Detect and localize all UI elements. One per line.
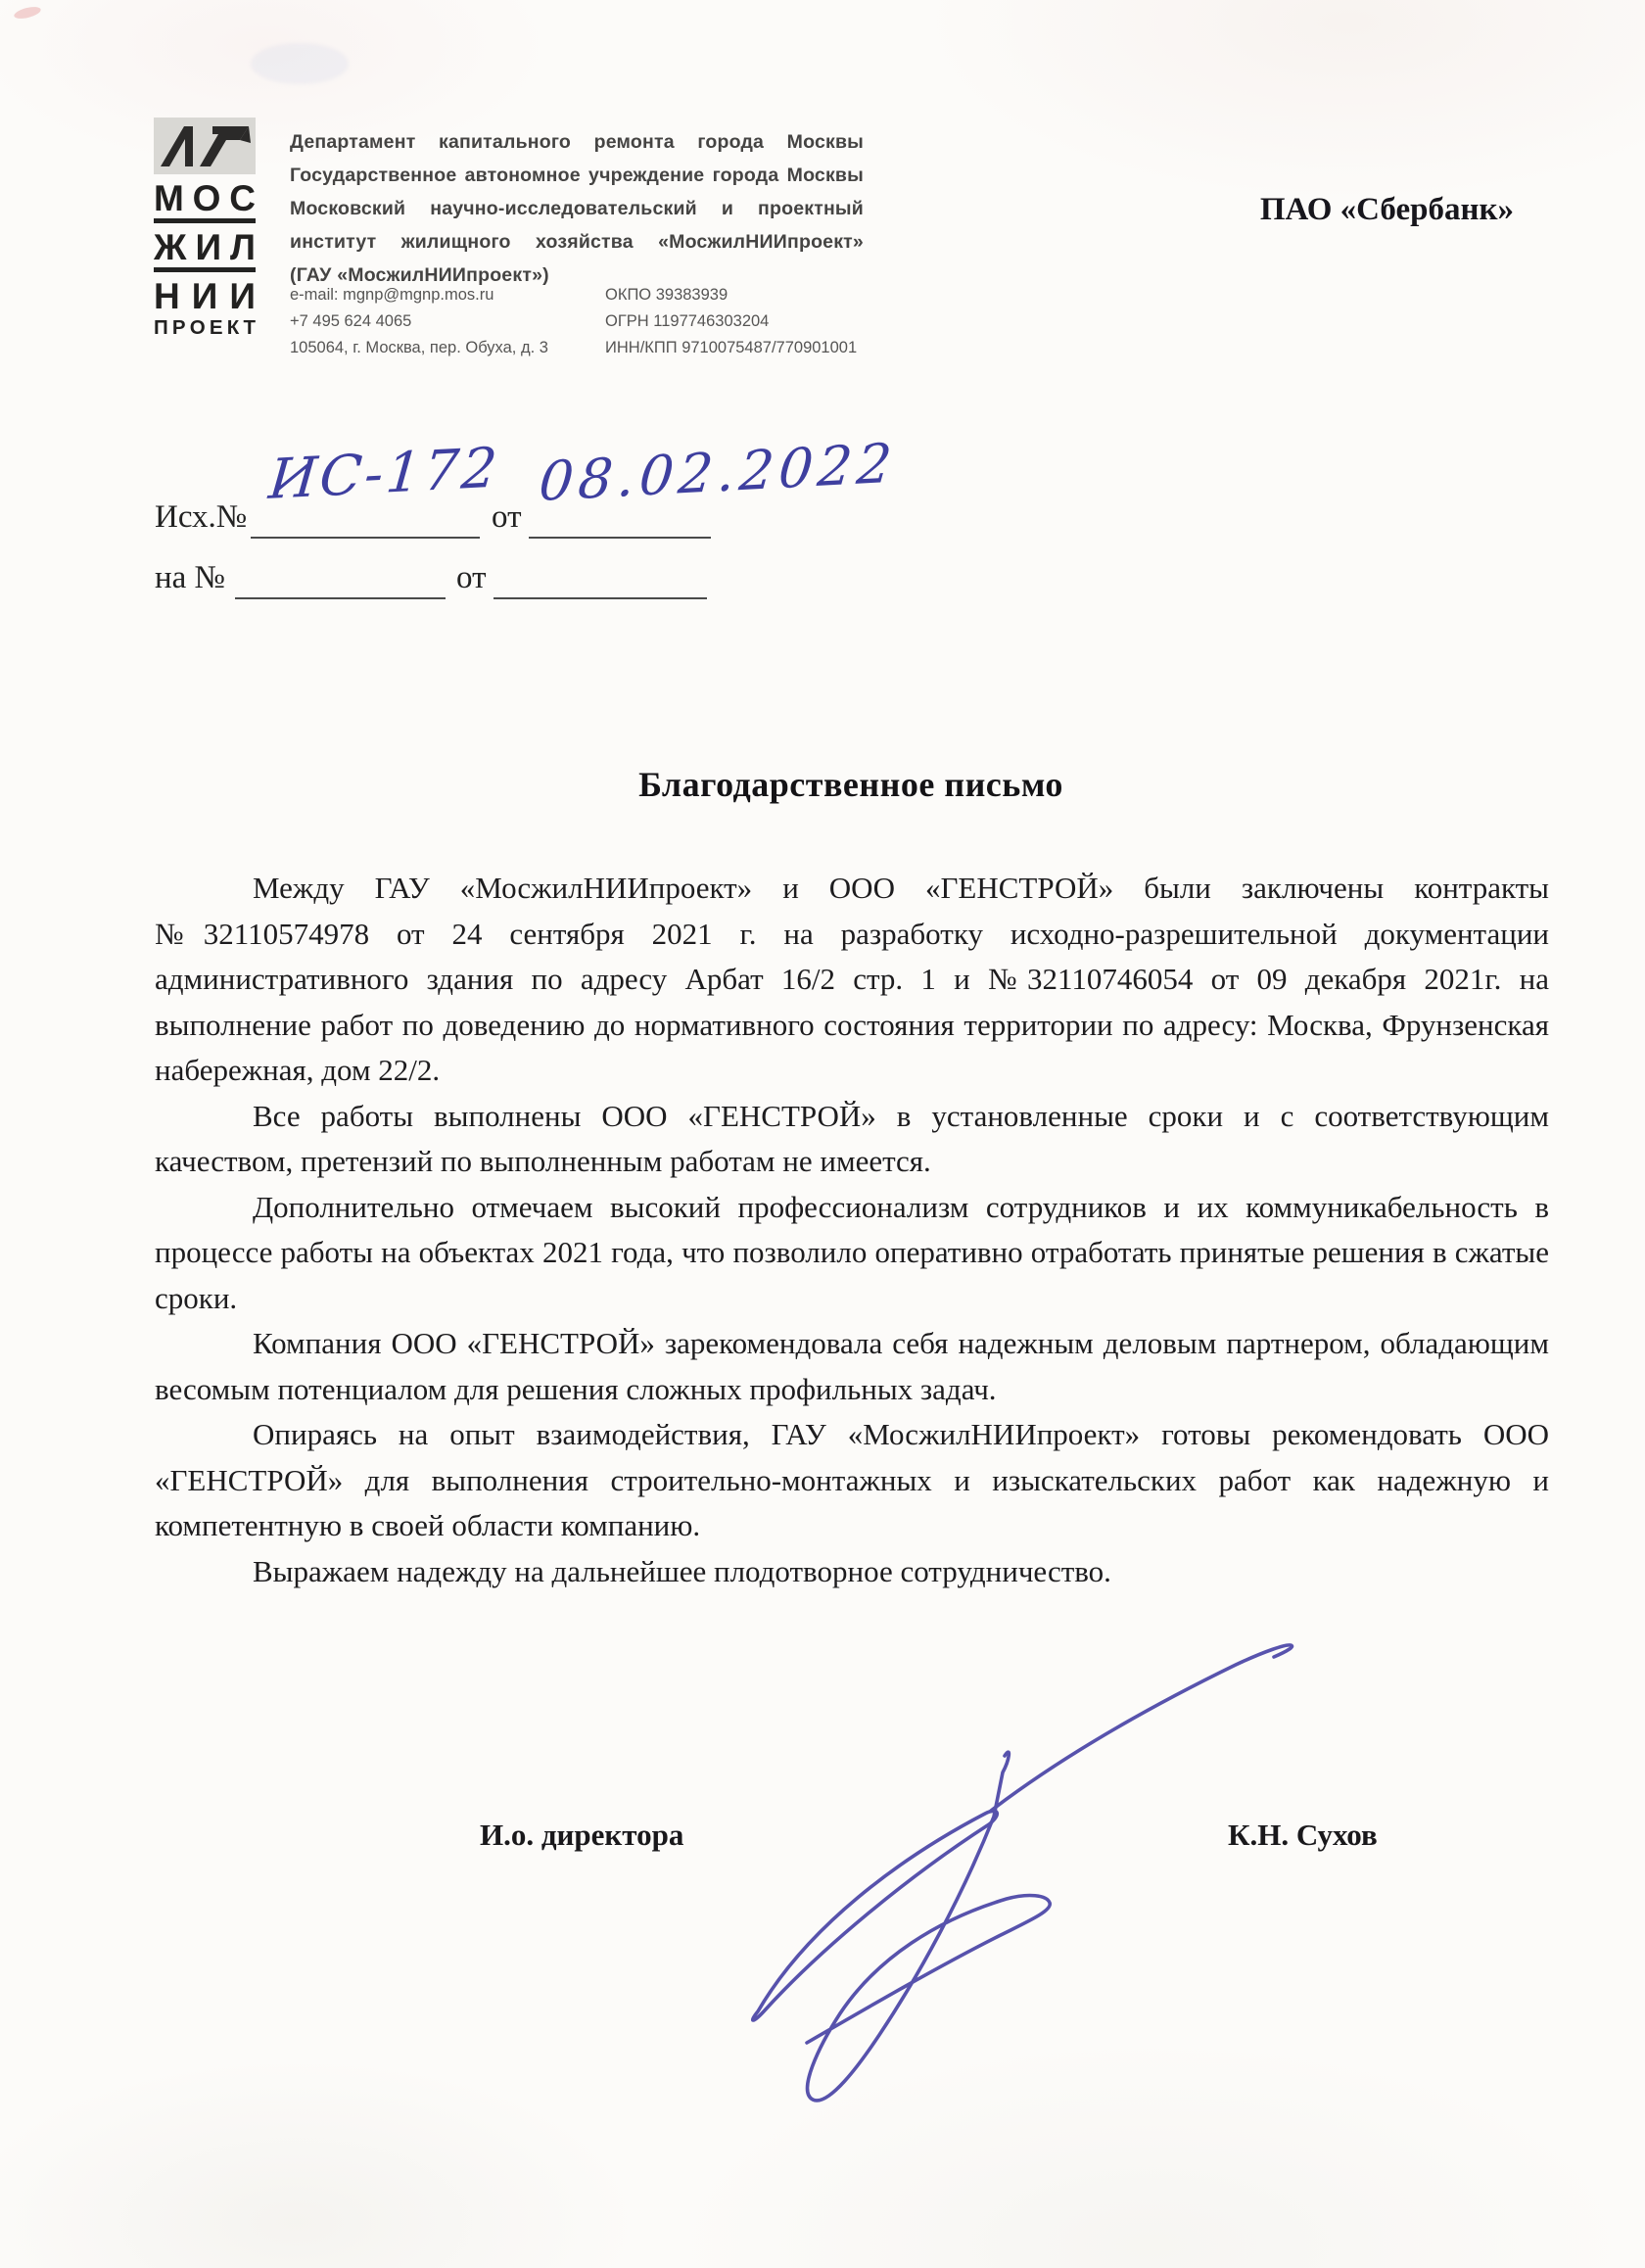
mosjilniiproekt-mark-icon <box>154 118 256 174</box>
paragraph: Компания ООО «ГЕНСТРОЙ» зарекомендовала … <box>155 1321 1549 1412</box>
logo-line-proekt: ПРОЕКТ <box>154 318 256 339</box>
org-line: ДепартаменткапитальногоремонтагородаМоск… <box>290 125 864 159</box>
incoming-date-label: от <box>456 560 487 596</box>
signature-autograph-icon <box>685 1616 1332 2115</box>
signatory-position: И.о. директора <box>480 1818 683 1853</box>
paragraph: Между ГАУ «МосжилНИИпроект» и ООО «ГЕНСТ… <box>155 866 1549 1094</box>
org-name-block: ДепартаменткапитальногоремонтагородаМоск… <box>290 125 864 292</box>
contacts-block: e-mail: mgnp@mgnp.mos.ru +7 495 624 4065… <box>290 282 613 361</box>
org-line: Московскийнаучно-исследовательскийипроек… <box>290 192 864 225</box>
outgoing-number-handwritten: ИС-172 <box>266 436 502 512</box>
outgoing-number-label: Исх.№ <box>155 499 247 536</box>
logo-line-mos: МОС <box>154 180 256 213</box>
paragraph: Все работы выполнены ООО «ГЕНСТРОЙ» в ус… <box>155 1094 1549 1185</box>
letter-body: Между ГАУ «МосжилНИИпроект» и ООО «ГЕНСТ… <box>155 866 1549 1594</box>
paragraph: Выражаем надежду на дальнейшее плодотвор… <box>155 1549 1549 1595</box>
outgoing-date-label: от <box>492 499 522 536</box>
ogrn-code: ОГРН 1197746303204 <box>605 308 899 335</box>
paragraph: Опираясь на опыт взаимодействия, ГАУ «Мо… <box>155 1412 1549 1549</box>
contact-address: 105064, г. Москва, пер. Обуха, д. 3 <box>290 335 613 361</box>
incoming-number-line <box>235 597 446 599</box>
scanned-letter-page: { "page": { "paper_color": "#fcfbf9", "t… <box>0 0 1645 2268</box>
incoming-date-line <box>493 597 707 599</box>
logo: МОС ЖИЛ НИИ ПРОЕКТ <box>154 118 256 339</box>
contact-email: e-mail: mgnp@mgnp.mos.ru <box>290 282 613 308</box>
logo-line-jil: ЖИЛ <box>154 229 256 262</box>
logo-divider <box>154 267 256 272</box>
okpo-code: ОКПО 39383939 <box>605 282 899 308</box>
recipient: ПАО «Сбербанк» <box>1042 192 1514 228</box>
registration-codes-block: ОКПО 39383939 ОГРН 1197746303204 ИНН/КПП… <box>605 282 899 361</box>
scan-blue-smudge <box>251 43 349 84</box>
paragraph: Дополнительно отмечаем высокий профессио… <box>155 1185 1549 1322</box>
outgoing-number-line <box>251 537 480 539</box>
logo-divider <box>154 218 256 223</box>
outgoing-date-handwritten: 08.02.2022 <box>537 432 899 513</box>
contact-phone: +7 495 624 4065 <box>290 308 613 335</box>
org-line: институтжилищногохозяйства«МосжилНИИпрое… <box>290 225 864 259</box>
incoming-number-label: на № <box>155 560 225 596</box>
scan-red-smudge <box>13 5 42 21</box>
letter-title: Благодарственное письмо <box>155 764 1547 805</box>
logo-line-nii: НИИ <box>154 278 256 311</box>
org-line: Государственноеавтономноеучреждениегород… <box>290 159 864 192</box>
outgoing-date-line <box>529 537 711 539</box>
inn-kpp-code: ИНН/КПП 9710075487/770901001 <box>605 335 899 361</box>
